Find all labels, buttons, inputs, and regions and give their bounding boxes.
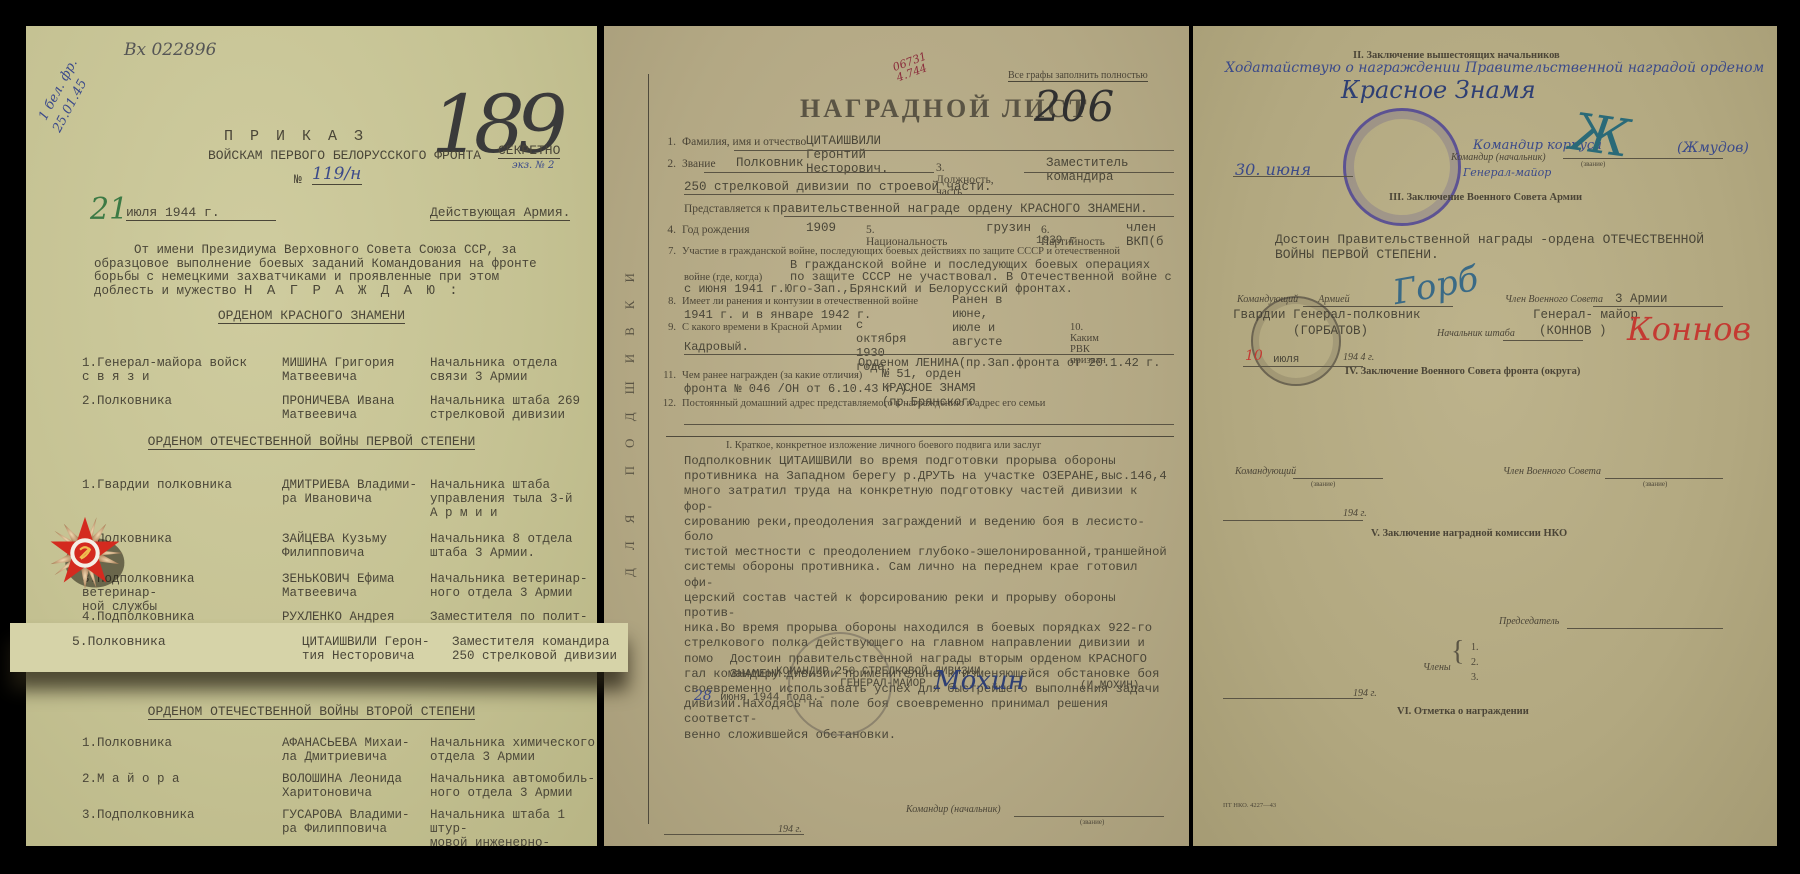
council-member-signature: Коннов — [1627, 310, 1751, 348]
section-5-title: V. Заключение наградной комиссии НКО — [1371, 528, 1567, 539]
order-location: Действующая Армия. — [430, 205, 570, 221]
field-birth-year: 4.Год рождения 1909 5. Национальность гр… — [656, 224, 750, 236]
sign-date-day: 28 — [694, 688, 712, 704]
order-preamble: От имени Президиума Верховного Совета Со… — [94, 244, 564, 298]
army-date-year: 194 4 г. — [1343, 352, 1374, 363]
section-heading-red-banner: ОРДЕНОМ КРАСНОГО ЗНАМЕНИ — [26, 308, 597, 323]
section-1-title: I. Краткое, конкретное изложение личного… — [726, 440, 1041, 451]
fill-note: Все графы заполнить полностью — [1008, 70, 1148, 82]
order-subtitle: ВОЙСКАМ ПЕРВОГО БЕЛОРУССКОГО ФРОНТА — [208, 148, 481, 163]
handwritten-award: Красное Знамя — [1341, 76, 1536, 104]
front-commander-label: Командующий — [1235, 466, 1296, 477]
section-heading-patriotic-war-2: ОРДЕНОМ ОТЕЧЕСТВЕННОЙ ВОЙНЫ ВТОРОЙ СТЕПЕ… — [26, 704, 597, 719]
commander-rank-hw: Генерал-майор — [1463, 166, 1551, 179]
order-title: П Р И К А З — [224, 128, 367, 145]
front-blank-date: 194 г. — [1343, 508, 1367, 519]
conclusions-document: II. Заключение вышестоящих начальников Х… — [1193, 26, 1777, 846]
handwritten-recommendation: Ходатайствую о награждении Правительстве… — [1225, 60, 1764, 76]
chief-of-staff-label: Начальник штаба — [1437, 328, 1515, 339]
corps-stamp — [1343, 108, 1461, 226]
nko-blank-date: 194 г. — [1353, 688, 1377, 699]
commander-label: Командир (начальник) — [906, 804, 1001, 815]
section-6-title: VI. Отметка о награждении — [1397, 706, 1529, 717]
field-draft-office: Кадровый. — [684, 340, 749, 354]
order-number: 119/н — [312, 164, 362, 185]
handwritten-number: 206 — [1034, 82, 1114, 131]
army-date-day: 10 — [1245, 348, 1263, 364]
field-combat-participation: 7.Участие в гражданской войне, последующ… — [656, 246, 1120, 257]
army-commander-signature: Горб — [1390, 259, 1481, 313]
front-council-label: Член Военного Совета — [1503, 466, 1601, 477]
field-wounds: 8.Имеет ли ранения и контузии в отечеств… — [656, 296, 918, 307]
section-4-title: IV. Заключение Военного Совета фронта (о… — [1345, 366, 1580, 377]
copy-number: экз. № 2 — [512, 160, 554, 171]
binding-label: ДЛЯ ПОДШИВКИ — [622, 186, 642, 646]
members-brace: { — [1451, 638, 1464, 666]
secret-label: СЕКРЕТНО — [498, 143, 560, 159]
council-member-name: (КОННОВ ) — [1539, 324, 1607, 338]
award-sheet-document: ДЛЯ ПОДШИВКИ 06731 4.744 Все графы запол… — [604, 26, 1189, 846]
sign-date: июня 1944 года.- — [720, 692, 826, 704]
binding-line — [648, 74, 649, 824]
signer-name: (И.МОХИН). — [1080, 680, 1146, 692]
order-document: Вх 022896 1 бел. фр. 25.01.45 189 П Р И … — [26, 26, 597, 846]
ussr-stamp — [1251, 296, 1341, 386]
order-of-patriotic-war-medal-icon — [44, 512, 126, 594]
highlighted-award-entry: 5.Полковника ЦИТАИШВИЛИ Герон- тия Несто… — [10, 623, 628, 672]
members-label: Члены — [1423, 662, 1451, 673]
commander-label: Командир (начальник) — [1451, 152, 1546, 163]
print-mark: ПТ НКО. 4227—43 — [1223, 802, 1276, 809]
field-previous-awards: 11.Чем ранее награжден (за какие отличия… — [656, 370, 862, 381]
army-conclusion: Достоин Правительственной награды -орден… — [1275, 232, 1704, 262]
archive-mark: Вх 022896 — [124, 40, 216, 60]
commander-signature: Ж — [1567, 102, 1633, 170]
commander-name-hw: (Жмудов) — [1677, 140, 1749, 156]
signer-rank: ГЕНЕРАЛ-МАЙОР — [840, 678, 926, 690]
section-heading-patriotic-war-1: ОРДЕНОМ ОТЕЧЕСТВЕННОЙ ВОЙНЫ ПЕРВОЙ СТЕПЕ… — [26, 434, 597, 449]
field-home-address: 12.Постоянный домашний адрес представляе… — [656, 398, 1045, 409]
chairman-label: Председатель — [1499, 616, 1559, 627]
section-3-title: III. Заключение Военного Совета Армии — [1389, 192, 1582, 203]
members-list: 1. 2. 3. — [1471, 640, 1479, 685]
council-member-label: Член Военного Совета — [1505, 294, 1603, 305]
order-date-day: 21 — [90, 192, 128, 227]
signer-signature: Мохин — [934, 666, 1025, 696]
field-position-cont: 250 стрелковой дивизии по строевой части… — [684, 180, 992, 194]
army-date-month: июля — [1273, 354, 1299, 366]
archive-mark: 06731 4.744 — [891, 51, 931, 84]
council-member-army: 3 Армии — [1615, 292, 1668, 306]
blank-date: 194 г. — [778, 824, 802, 835]
field-rank: 2.Звание Полковник 3. Должность, часть З… — [656, 158, 716, 170]
council-member-rank: Генерал- майор — [1533, 308, 1638, 322]
field-full-name: 1.Фамилия, имя и отчество ЦИТАИШВИЛИ Гер… — [656, 136, 806, 148]
order-number-prefix: № — [294, 172, 302, 187]
field-service-since: 9.С какого времени в Красной Армии с окт… — [656, 322, 842, 333]
field-presented-for: Представляется к правительственной награ… — [684, 202, 1148, 216]
rank-hint: (звание) — [1080, 818, 1104, 826]
order-date: июля 1944 г. — [126, 205, 276, 221]
